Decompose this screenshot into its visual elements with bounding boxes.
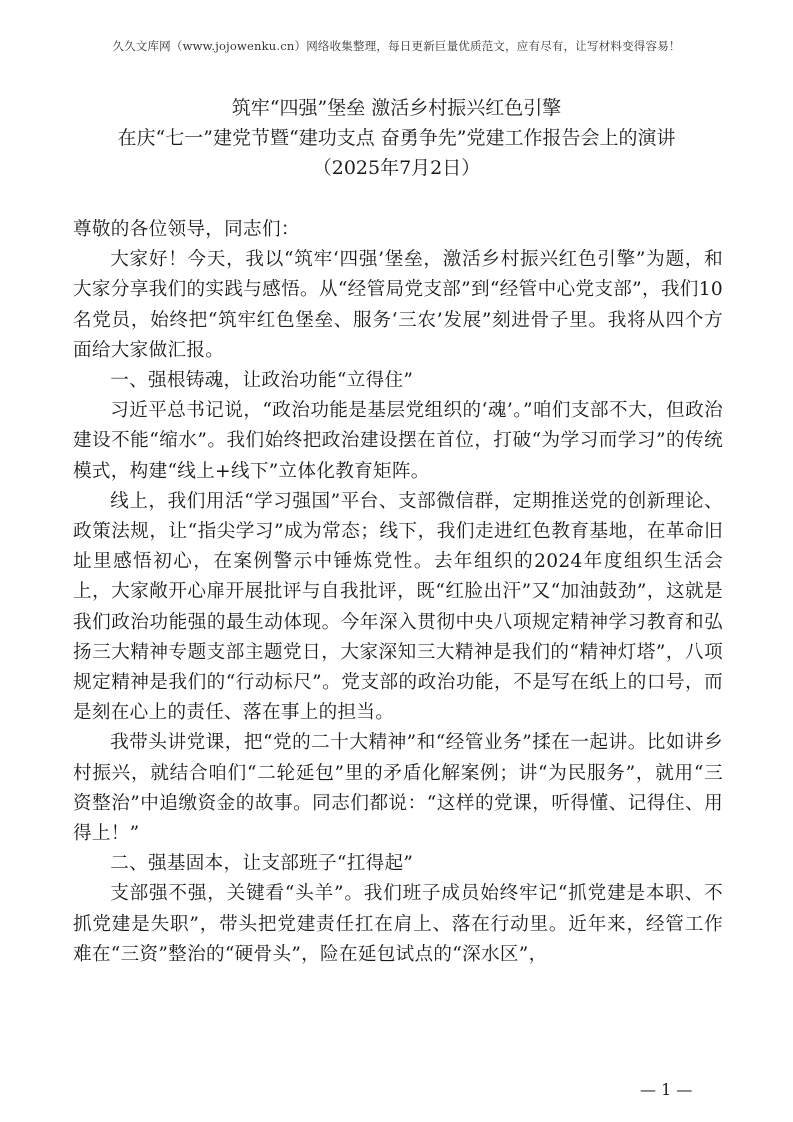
paragraph: 习近平总书记说，“政治功能是基层党组织的‘魂’。”咱们支部不大，但政治建设不能“…: [73, 396, 723, 487]
document-date: （2025年7月2日）: [0, 153, 793, 183]
watermark-header-note: 久久文库网（www.jojowenku.cn）网络收集整理，每日更新巨量优质范文…: [0, 38, 793, 54]
salutation: 尊敬的各位领导，同志们：: [73, 215, 723, 245]
title-block: 筑牢“四强”堡垒 激活乡村振兴红色引擎 在庆“七一”建党节暨“建功支点 奋勇争先…: [0, 93, 793, 183]
document-title: 筑牢“四强”堡垒 激活乡村振兴红色引擎: [0, 93, 793, 123]
paragraph: 支部强不强，关键看“头羊”。我们班子成员始终牢记“抓党建是本职、不抓党建是失职”…: [73, 879, 723, 970]
section-heading-2: 二、强基固本，让支部班子“扛得起”: [73, 849, 723, 879]
page-number: — 1 —: [640, 1080, 692, 1099]
paragraph: 线上，我们用活“学习强国”平台、支部微信群，定期推送党的创新理论、政策法规，让“…: [73, 487, 723, 729]
paragraph-opening: 大家好！今天，我以“筑牢‘四强’堡垒，激活乡村振兴红色引擎”为题，和大家分享我们…: [73, 245, 723, 366]
document-body: 尊敬的各位领导，同志们： 大家好！今天，我以“筑牢‘四强’堡垒，激活乡村振兴红色…: [73, 215, 723, 970]
section-heading-1: 一、强根铸魂，让政治功能“立得住”: [73, 366, 723, 396]
paragraph: 我带头讲党课，把“党的二十大精神”和“经管业务”揉在一起讲。比如讲乡村振兴，就结…: [73, 728, 723, 849]
document-subtitle: 在庆“七一”建党节暨“建功支点 奋勇争先”党建工作报告会上的演讲: [0, 123, 793, 153]
